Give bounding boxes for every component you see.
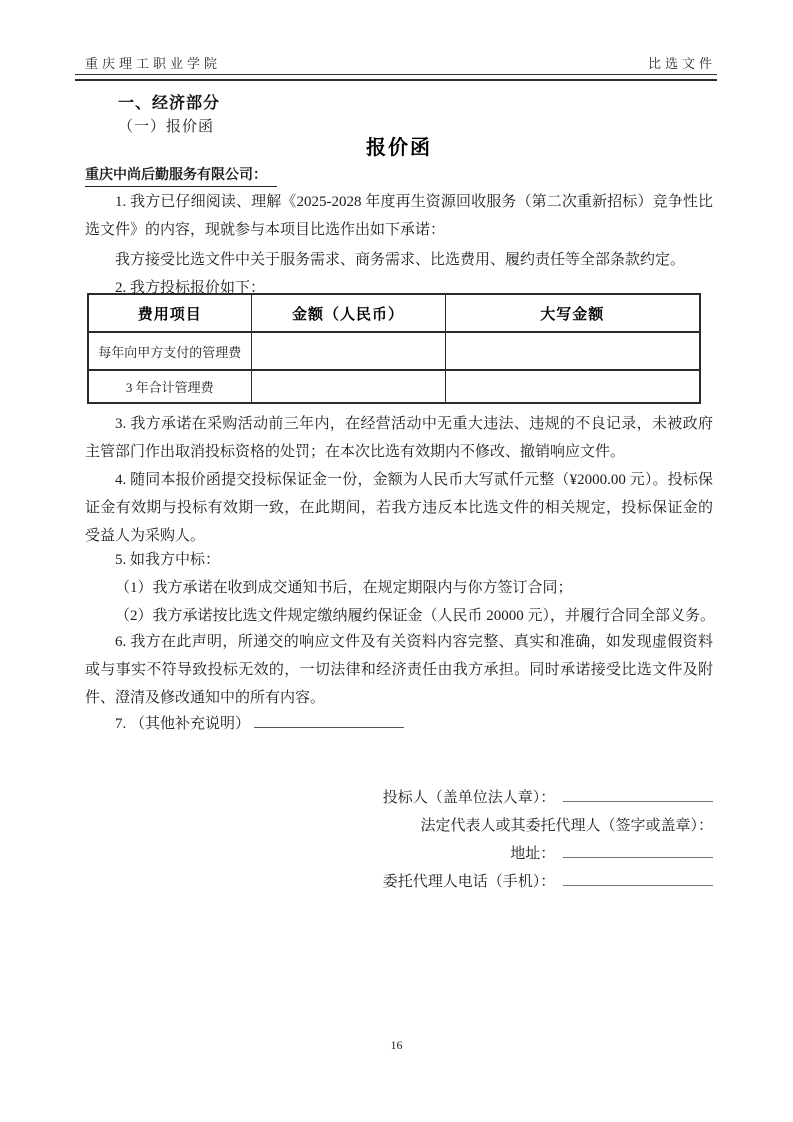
paragraph-4: 4. 随同本报价函提交投标保证金一份，金额为人民币大写贰仟元整（¥2000.00… [85, 466, 713, 550]
paragraph-1: 1. 我方已仔细阅读、理解《2025-2028 年度再生资源回收服务（第二次重新… [85, 188, 713, 244]
paragraph-7: 7. （其他补充说明） [85, 710, 404, 738]
table-header-amount: 金额（人民币） [251, 294, 445, 332]
signature-block: 投标人（盖单位法人章）： 法定代表人或其委托代理人（签字或盖章）： 地址： 委托… [383, 784, 713, 896]
paragraph-3: 3. 我方承诺在采购活动前三年内，在经营活动中无重大违法、违规的不良记录，未被政… [85, 410, 713, 466]
table-header-row: 费用项目 金额（人民币） 大写金额 [88, 294, 700, 332]
paragraph-1-commitment: 我方接受比选文件中关于服务需求、商务需求、比选费用、履约责任等全部条款约定。 [85, 246, 713, 274]
section-heading: 一、经济部分 [118, 90, 220, 113]
table-cell-fee-item: 每年向甲方支付的管理费 [88, 332, 251, 370]
table-cell-amount [251, 370, 445, 403]
bidder-blank-field [563, 787, 713, 802]
table-row: 每年向甲方支付的管理费 [88, 332, 700, 370]
table-cell-amount-uppercase [445, 370, 700, 403]
bidder-label: 投标人（盖单位法人章）： [383, 790, 556, 806]
paragraph-7-label: 7. （其他补充说明） [115, 716, 250, 732]
signature-phone-row: 委托代理人电话（手机）： [383, 868, 713, 896]
header-school-name: 重庆理工职业学院 [85, 53, 221, 72]
table-header-fee-item: 费用项目 [88, 294, 251, 332]
table-cell-amount-uppercase [445, 332, 700, 370]
header-doc-type: 比选文件 [648, 53, 716, 72]
signature-legal-rep-row: 法定代表人或其委托代理人（签字或盖章）： [383, 812, 713, 840]
table-header-amount-uppercase: 大写金额 [445, 294, 700, 332]
quotation-table: 费用项目 金额（人民币） 大写金额 每年向甲方支付的管理费 3 年合计管理费 [87, 293, 701, 404]
page-title: 报价函 [85, 131, 713, 160]
phone-blank-field [563, 871, 713, 886]
addressee-company-name: 重庆中尚后勤服务有限公司： [85, 164, 277, 187]
table-cell-amount [251, 332, 445, 370]
address-blank-field [563, 843, 713, 858]
paragraph-6: 6. 我方在此声明，所递交的响应文件及有关资料内容完整、真实和准确，如发现虚假资… [85, 628, 713, 712]
table-row: 3 年合计管理费 [88, 370, 700, 403]
address-label: 地址： [510, 846, 555, 862]
signature-address-row: 地址： [383, 840, 713, 868]
header-divider [75, 74, 717, 81]
table-cell-fee-item: 3 年合计管理费 [88, 370, 251, 403]
paragraph-5: 5. 如我方中标： [85, 546, 713, 574]
paragraph-5-item-1: （1）我方承诺在收到成交通知书后，在规定期限内与你方签订合同； [85, 574, 713, 602]
addressee-line: 重庆中尚后勤服务有限公司： [85, 164, 277, 187]
page-number: 16 [0, 1038, 793, 1053]
signature-bidder-row: 投标人（盖单位法人章）： [383, 784, 713, 812]
supplement-blank-field [254, 714, 404, 728]
paragraph-5-item-2: （2）我方承诺按比选文件规定缴纳履约保证金（人民币 20000 元），并履行合同… [85, 602, 715, 630]
legal-rep-label: 法定代表人或其委托代理人（签字或盖章）： [420, 818, 713, 834]
phone-label: 委托代理人电话（手机）： [383, 874, 556, 890]
document-page: 重庆理工职业学院 比选文件 一、经济部分 （一）报价函 报价函 重庆中尚后勤服务… [0, 0, 793, 1122]
